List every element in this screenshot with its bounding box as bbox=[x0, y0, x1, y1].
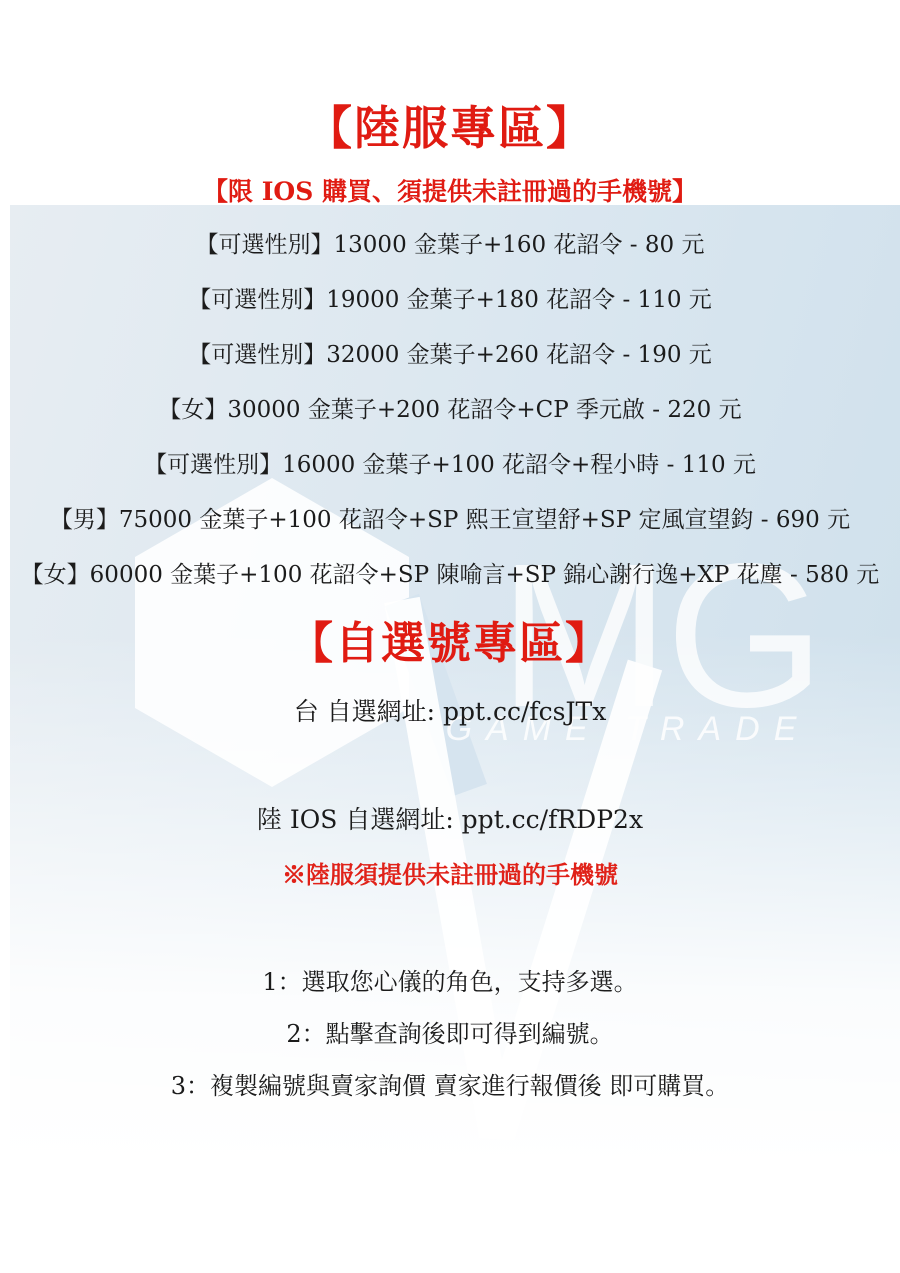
phone-number-note: ※陸服須提供未註冊過的手機號 bbox=[0, 855, 900, 890]
price-line: 【可選性別】19000 金葉子+180 花詔令 - 110 元 bbox=[0, 283, 900, 317]
price-list: 【可選性別】13000 金葉子+160 花詔令 - 80 元 【可選性別】190… bbox=[0, 228, 900, 613]
step-line: 1：選取您心儀的角色，支持多選。 bbox=[0, 966, 900, 999]
price-line: 【女】30000 金葉子+200 花詔令+CP 季元啟 - 220 元 bbox=[0, 393, 900, 427]
section-title-custom-number: 【自選號專區】 bbox=[0, 607, 900, 671]
price-line: 【男】75000 金葉子+100 花詔令+SP 熙王宣望舒+SP 定風宣望鈞 -… bbox=[0, 503, 900, 537]
price-line: 【可選性別】16000 金葉子+100 花詔令+程小時 - 110 元 bbox=[0, 448, 900, 482]
cn-ios-selection-url: 陸 IOS 自選網址: ppt.cc/fRDP2x bbox=[0, 800, 900, 836]
flyer-page: 【陸服專區】 【限 IOS 購買、須提供未註冊過的手機號】 MG GAME TR… bbox=[0, 0, 900, 1273]
instruction-steps: 1：選取您心儀的角色，支持多選。 2：點擊查詢後即可得到編號。 3：複製編號與賣… bbox=[0, 966, 900, 1122]
price-line: 【可選性別】13000 金葉子+160 花詔令 - 80 元 bbox=[0, 228, 900, 262]
tw-selection-url: 台 自選網址: ppt.cc/fcsJTx bbox=[0, 692, 900, 728]
step-line: 2：點擊查詢後即可得到編號。 bbox=[0, 1018, 900, 1051]
price-line: 【女】60000 金葉子+100 花詔令+SP 陳喻言+SP 錦心謝行逸+XP … bbox=[0, 558, 900, 592]
step-line: 3：複製編號與賣家詢價 賣家進行報價後 即可購買。 bbox=[0, 1070, 900, 1103]
page-subtitle: 【限 IOS 購買、須提供未註冊過的手機號】 bbox=[0, 172, 900, 208]
page-title: 【陸服專區】 bbox=[0, 92, 900, 158]
price-line: 【可選性別】32000 金葉子+260 花詔令 - 190 元 bbox=[0, 338, 900, 372]
